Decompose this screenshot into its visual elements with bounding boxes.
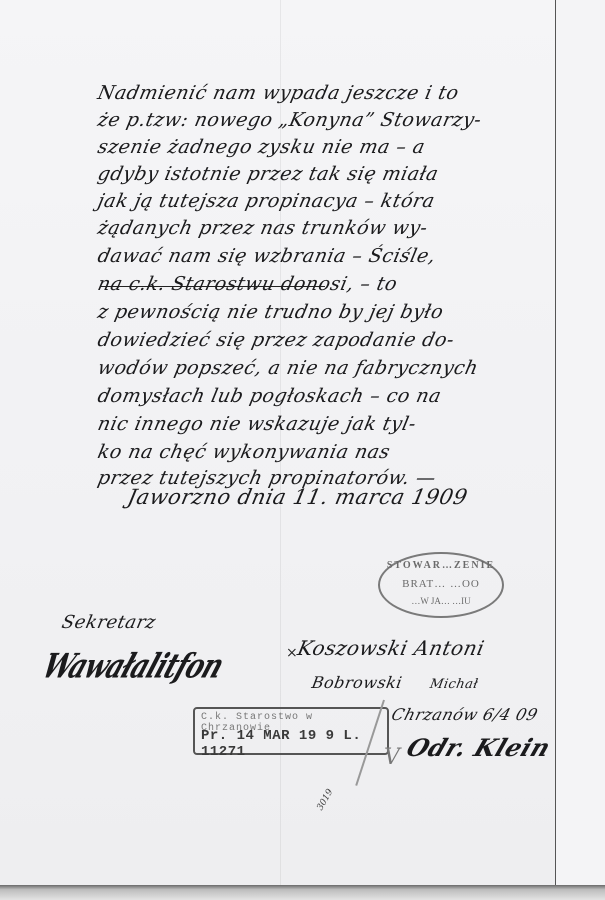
pencil-mark: V [384, 745, 400, 770]
body-line: żądanych przez nas trunków wy- [96, 217, 430, 239]
registry-stamp: C.k. Starostwo w Chrzanowie Pr. 14 MAR 1… [193, 707, 389, 755]
body-line: wodów popszeć, a nie na fabrycznych [96, 357, 481, 379]
stamp-middle-text: BRAT… …OO [380, 578, 502, 590]
member-signature-1: Koszowski Antoni [295, 636, 486, 660]
body-line: szenie żadnego zysku nie ma – a [96, 136, 428, 158]
body-line: nic innego nie wskazuje jak tyl- [96, 413, 419, 435]
stamp-bottom-text: …W JA… …IU [380, 596, 502, 606]
body-line: Nadmienić nam wypada jeszcze i to [96, 82, 461, 104]
body-line: dowiedzieć się przez zapodanie do- [96, 329, 457, 351]
body-line: domysłach lub pogłoskach – co na [96, 385, 444, 407]
member-signature-2-surname: Bobrowski [310, 673, 403, 692]
oval-stamp: STOWAR…ZENIE BRAT… …OO …W JA… …IU [378, 552, 504, 618]
body-line: ko na chęć wykonywania nas [96, 441, 393, 463]
body-line: jak ją tutejsza propinacya – która [96, 190, 437, 212]
member-signature-2-firstname: Michał [429, 677, 480, 692]
date-line: Jaworzno dnia 11. marca 1909 [125, 485, 469, 509]
secretary-signature: Wawałalitfon [37, 648, 228, 687]
body-line: na c.k. Starostwu donosi, – to [96, 273, 400, 295]
body-line: że p.tzw: nowego „Konyna” Stowarzy- [96, 109, 484, 131]
page-margin [556, 0, 605, 885]
official-signature: Odr. Klein [403, 733, 555, 762]
registry-stamp-number: Pr. 14 MAR 19 9 L. 11271 [201, 728, 387, 760]
body-line: dawać nam się wzbrania – Ściśle, [96, 245, 438, 267]
body-line: z pewnością nie trudno by jej było [96, 301, 446, 323]
stamp-top-text: STOWAR…ZENIE [380, 560, 502, 571]
annotation-date: Chrzanów 6/4 09 [389, 705, 540, 724]
scan-edge [0, 885, 605, 900]
body-line: gdyby istotnie przez tak się miała [96, 163, 441, 185]
secretary-label: Sekretarz [60, 612, 158, 633]
